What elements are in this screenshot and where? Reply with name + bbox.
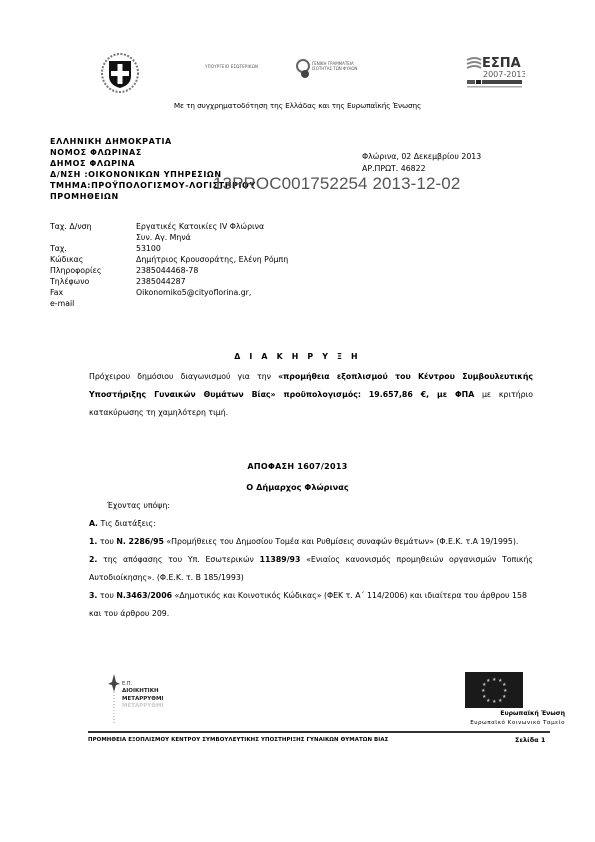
contact-value: Εργατικές Κατοικίες IV Φλώρινα [136,221,264,232]
svg-text:★: ★ [492,699,497,705]
cofunding-statement: Με τη συγχρηματοδότηση της Ελλάδας και τ… [0,101,595,110]
item-law: 11389/93 [260,555,301,564]
section-a: Α. Τις διατάξεις: [89,515,533,533]
issuer-line: ΕΛΛΗΝΙΚΗ ΔΗΜΟΚΡΑΤΙΑ [50,136,256,147]
contact-row: FaxOikonomiko5@cityoflorina.gr, [50,287,288,298]
svg-text:★: ★ [502,694,507,700]
contact-value: 53100 [136,243,161,254]
svg-text:ΜΕΤΑΡΡΥΘΜΙΣΗ: ΜΕΤΑΡΡΥΘΜΙΣΗ [122,703,164,709]
item-prefix: του [97,591,116,600]
svg-text:Ε.Π.: Ε.Π. [122,681,133,687]
svg-text:★: ★ [486,698,491,704]
provision-item: 2. της απόφασης του Υπ. Εσωτερικών 11389… [89,551,533,587]
announcement-intro: Πρόχειρου δημόσιου διαγωνισμού για την [89,372,278,381]
contact-info: Ταχ. Δ/νσηΕργατικές Κατοικίες IV Φλώρινα… [50,221,288,309]
document-date: Φλώρινα, 02 Δεκεμβρίου 2013 [362,151,481,163]
svg-text:ΕΣΠΑ: ΕΣΠΑ [482,56,521,71]
item-prefix: της απόφασης του Υπ. Εσωτερικών [97,555,259,564]
considering-line: Έχοντας υπόψη: [89,497,533,515]
issuer-line: ΝΟΜΟΣ ΦΛΩΡΙΝΑΣ [50,147,256,158]
svg-text:ΔΙΟΙΚΗΤΙΚΗ: ΔΙΟΙΚΗΤΙΚΗ [122,688,159,694]
contact-value: Δημήτριος Κρουσοράτης, Ελένη Ρόμπη [136,254,288,265]
contact-value: 2385044468-78 [136,265,198,276]
administrative-reform-logo: Ε.Π. ΔΙΟΙΚΗΤΙΚΗ ΜΕΤΑΡΡΥΘΜΙΣΗ ΜΕΤΑΡΡΥΘΜΙΣ… [104,672,164,727]
announcement-title: Δ Ι Α Κ Η Ρ Υ Ξ Η [50,352,545,361]
contact-row: ΚώδικαςΔημήτριος Κρουσοράτης, Ελένη Ρόμπ… [50,254,288,265]
announcement-body: Πρόχειρου δημόσιου διαγωνισμού για την «… [89,368,533,422]
contact-label: Ταχ. [50,243,136,254]
contact-row: Πληροφορίες2385044468-78 [50,265,288,276]
item-prefix: του [97,537,116,546]
contact-value: 2385044287 [136,276,186,287]
provision-item: 1. του Ν. 2286/95 «Προμήθειες του Δημοσί… [89,533,533,551]
provision-item: 3. του Ν.3463/2006 «Δημοτικός και Κοινοτ… [89,587,533,623]
svg-text:★: ★ [486,678,491,684]
contact-row: Τηλέφωνο2385044287 [50,276,288,287]
item-law: Ν. 2286/95 [116,537,164,546]
esf-label: Ευρωπαϊκό Κοινωνικό Ταμείο [418,720,565,726]
contact-label: Fax [50,287,136,298]
svg-text:★: ★ [482,694,487,700]
contact-label: Κώδικας [50,254,136,265]
eu-label: Ευρωπαϊκή Ένωση [445,710,565,717]
footer-title: ΠΡΟΜΗΘΕΙΑ ΕΞΟΠΛΙΣΜΟΥ ΚΕΝΤΡΟΥ ΣΥΜΒΟΥΛΕΥΤΙ… [88,737,388,743]
svg-text:ΜΕΤΑΡΡΥΘΜΙΣΗ: ΜΕΤΑΡΡΥΘΜΙΣΗ [122,696,164,702]
svg-text:★: ★ [492,677,497,683]
greek-coat-of-arms-logo [100,52,140,94]
contact-label [50,232,136,243]
decision-body: Έχοντας υπόψη: Α. Τις διατάξεις: 1. του … [89,497,533,623]
espa-logo: ΕΣΠΑ 2007-2013 [465,52,525,92]
svg-text:★: ★ [481,688,486,694]
contact-row: Συν. Αγ. Μηνά [50,232,288,243]
item-law: Ν.3463/2006 [116,591,172,600]
contact-label: Ταχ. Δ/νση [50,221,136,232]
contact-label: e-mail [50,298,136,309]
contact-row: Ταχ. Δ/νσηΕργατικές Κατοικίες IV Φλώρινα [50,221,288,232]
registry-stamp: 13PROC001752254 2013-12-02 [213,174,460,194]
ministry-interior-logo-text: ΥΠΟΥΡΓΕΙΟ ΕΣΩΤΕΡΙΚΩΝ [205,64,258,69]
page-number: Σελίδα 1 [515,736,545,744]
email-link[interactable]: Oikonomiko5@cityoflorina.gr, [136,287,251,298]
section-a-label: Α. [89,519,98,528]
contact-value: Συν. Αγ. Μηνά [136,232,191,243]
decision-title: ΑΠΟΦΑΣΗ 1607/2013 [0,462,595,471]
gender-equality-logo: ΓΕΝΙΚΗ ΓΡΑΜΜΑΤΕΙΑΙΣΟΤΗΤΑΣ ΤΩΝ ΦΥΛΩΝ [295,58,355,84]
mayor-title: Ο Δήμαρχος Φλώρινας [0,482,595,492]
contact-row: Ταχ.53100 [50,243,288,254]
eu-flag-icon: ★★★ ★★★ ★★★ ★★★ [465,672,523,708]
footer-divider [88,731,550,733]
contact-row: e-mail [50,298,288,309]
svg-text:2007-2013: 2007-2013 [483,70,525,79]
contact-label: Τηλέφωνο [50,276,136,287]
svg-text:★: ★ [498,698,503,704]
item-text: «Προμήθειες του Δημοσίου Τομέα και Ρυθμί… [164,537,518,546]
gender-logo-line2: ΙΣΟΤΗΤΑΣ ΤΩΝ ΦΥΛΩΝ [312,66,357,71]
section-a-text: Τις διατάξεις: [98,519,156,528]
contact-label: Πληροφορίες [50,265,136,276]
date-block: Φλώρινα, 02 Δεκεμβρίου 2013 ΑΡ.ΠΡΩΤ. 468… [362,151,481,175]
issuer-line: ΔΗΜΟΣ ΦΛΩΡΙΝΑ [50,158,256,169]
